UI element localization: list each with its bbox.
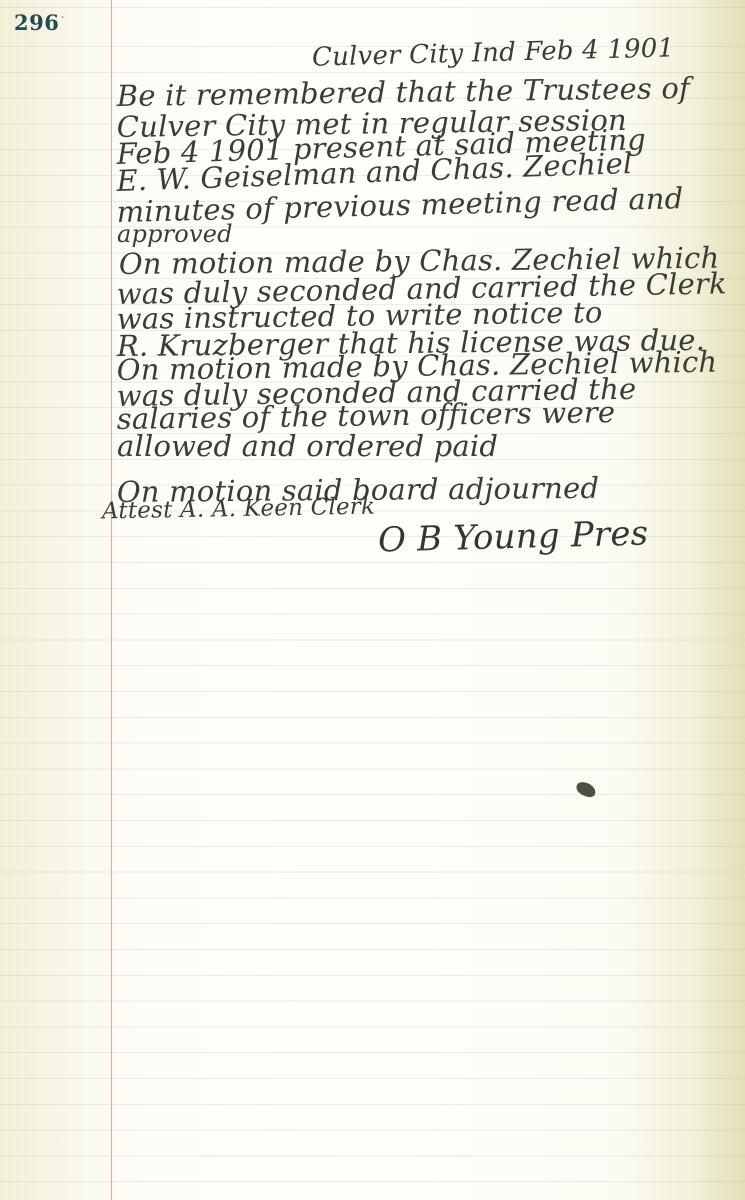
page-number: 296 bbox=[14, 10, 65, 35]
president-signature: O B Young Pres bbox=[378, 516, 649, 557]
ledger-page: 296 Culver City Ind Feb 4 1901 Be it rem… bbox=[0, 0, 745, 1200]
ink-blot bbox=[574, 780, 597, 799]
attest-clerk-signature: Attest A. A. Keen Clerk bbox=[102, 496, 376, 524]
dateline: Culver City Ind Feb 4 1901 bbox=[312, 35, 675, 70]
margin-line bbox=[111, 0, 112, 1200]
minutes-line: approved bbox=[117, 222, 233, 246]
minutes-line: allowed and ordered paid bbox=[117, 432, 498, 461]
